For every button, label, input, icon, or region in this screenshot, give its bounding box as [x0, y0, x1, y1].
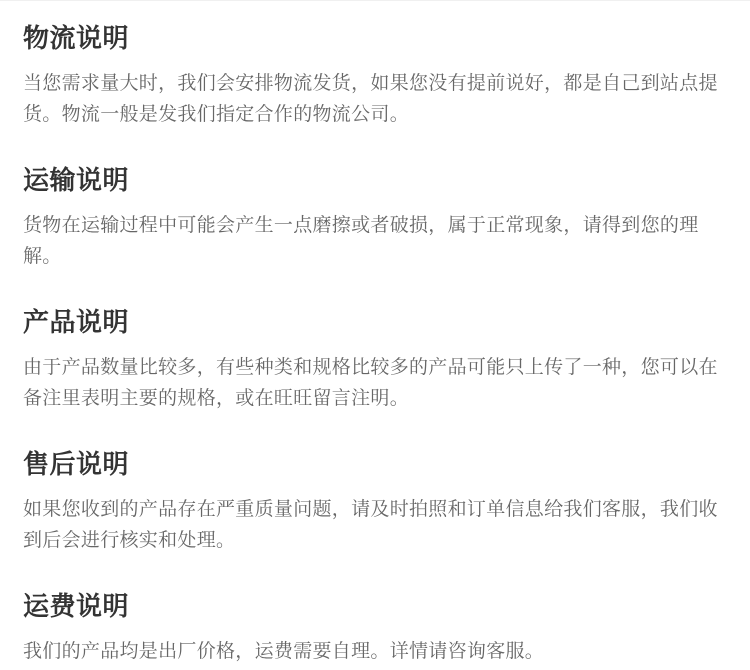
- section-freight-note: 运费说明 我们的产品均是出厂价格，运费需要自理。详情请咨询客服。: [23, 590, 727, 667]
- product-note-text: 由于产品数量比较多，有些种类和规格比较多的产品可能只上传了一种，您可以在 备注里…: [23, 352, 727, 414]
- freight-note-title: 运费说明: [23, 590, 727, 622]
- section-logistics-note: 物流说明 当您需求量大时，我们会安排物流发货，如果您没有提前说好，都是自己到站点…: [23, 22, 727, 130]
- transport-note-text: 货物在运输过程中可能会产生一点磨擦或者破损，属于正常现象，请得到您的理解。: [23, 210, 727, 272]
- section-transport-note: 运输说明 货物在运输过程中可能会产生一点磨擦或者破损，属于正常现象，请得到您的理…: [23, 164, 727, 272]
- logistics-note-text: 当您需求量大时，我们会安排物流发货，如果您没有提前说好，都是自己到站点提 货。物…: [23, 68, 727, 130]
- logistics-note-title: 物流说明: [23, 22, 727, 54]
- aftersale-note-text: 如果您收到的产品存在严重质量问题，请及时拍照和订单信息给我们客服，我们收 到后会…: [23, 494, 727, 556]
- freight-note-text: 我们的产品均是出厂价格，运费需要自理。详情请咨询客服。: [23, 636, 727, 667]
- product-note-title: 产品说明: [23, 306, 727, 338]
- product-notes-page: 物流说明 当您需求量大时，我们会安排物流发货，如果您没有提前说好，都是自己到站点…: [0, 1, 750, 670]
- transport-note-title: 运输说明: [23, 164, 727, 196]
- aftersale-note-title: 售后说明: [23, 448, 727, 480]
- section-aftersale-note: 售后说明 如果您收到的产品存在严重质量问题，请及时拍照和订单信息给我们客服，我们…: [23, 448, 727, 556]
- section-product-note: 产品说明 由于产品数量比较多，有些种类和规格比较多的产品可能只上传了一种，您可以…: [23, 306, 727, 414]
